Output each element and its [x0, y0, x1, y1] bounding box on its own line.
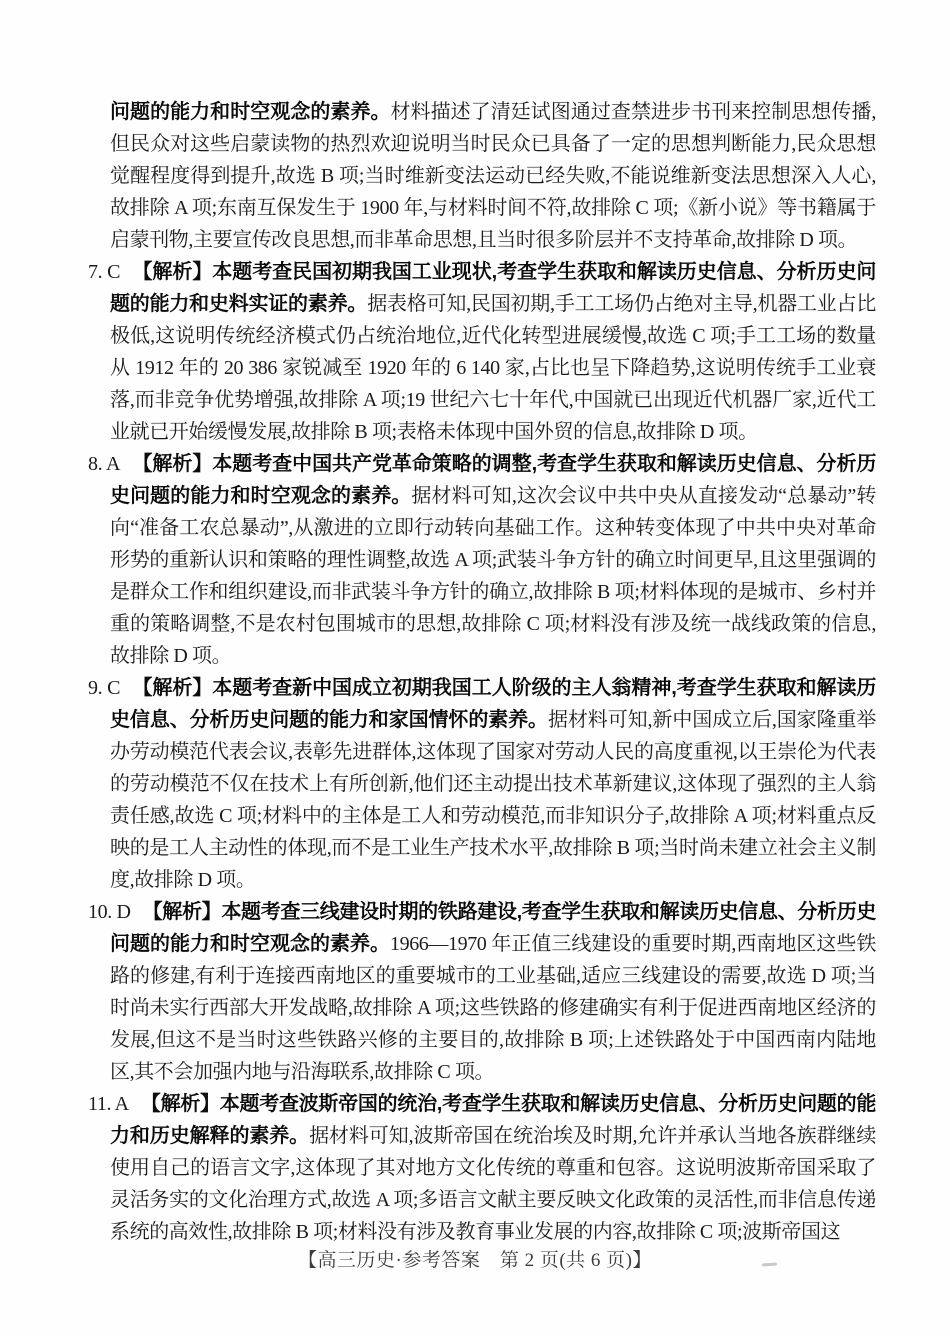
answer-text-7: 据表格可知,民国初期,手工工场仍占绝对主导,机器工业占比极低,这说明传统经济模式…	[110, 293, 876, 443]
answer-10: 10. D【解析】本题考查三线建设时期的铁路建设,考查学生获取和解读历史信息、分…	[110, 896, 876, 1088]
question-number-11: 11. A	[88, 1093, 129, 1115]
answer-9: 9. C【解析】本题考查新中国成立初期我国工人阶级的主人翁精神,考查学生获取和解…	[110, 672, 876, 896]
question-number-10: 10. D	[88, 901, 131, 923]
answer-text-9: 据材料可知,新中国成立后,国家隆重举办劳动模范代表会议,表彰先进群体,这体现了国…	[110, 709, 876, 891]
answers-section: 问题的能力和时空观念的素养。材料描述了清廷试图通过查禁进步书刊来控制思想传播,但…	[110, 96, 876, 1248]
answer-text-continuation: 材料描述了清廷试图通过查禁进步书刊来控制思想传播,但民众对这些启蒙读物的热烈欢迎…	[110, 101, 876, 251]
question-number-8: 8. A	[88, 453, 120, 475]
answer-7: 7. C【解析】本题考查民国初期我国工业现状,考查学生获取和解读历史信息、分析历…	[110, 256, 876, 448]
analysis-lead-continuation: 问题的能力和时空观念的素养。	[110, 101, 391, 123]
page-footer: 【高三历史·参考答案 第 2 页(共 6 页)】	[0, 1246, 950, 1276]
exam-answer-page: 问题的能力和时空观念的素养。材料描述了清廷试图通过查禁进步书刊来控制思想传播,但…	[0, 0, 950, 1336]
answer-text-8: 据材料可知,这次会议中共中央从直接发动“总暴动”转向“准备工农总暴动”,从激进的…	[110, 485, 876, 667]
answer-11: 11. A【解析】本题考查波斯帝国的统治,考查学生获取和解读历史信息、分析历史问…	[110, 1088, 876, 1248]
answer-text-10: 1966—1970 年正值三线建设的重要时期,西南地区这些铁路的修建,有利于连接…	[110, 933, 876, 1083]
answer-continuation: 问题的能力和时空观念的素养。材料描述了清廷试图通过查禁进步书刊来控制思想传播,但…	[110, 96, 876, 256]
question-number-9: 9. C	[88, 677, 120, 699]
answer-8: 8. A【解析】本题考查中国共产党革命策略的调整,考查学生获取和解读历史信息、分…	[110, 448, 876, 672]
question-number-7: 7. C	[88, 261, 120, 283]
